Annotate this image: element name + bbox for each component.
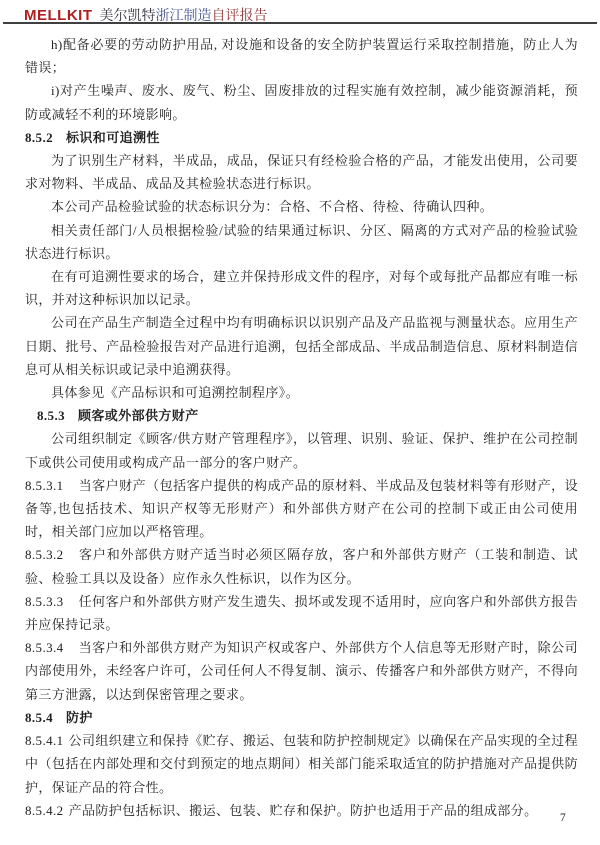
clause-text: 产品防护包括标识、搬运、包装、贮存和保护。防护也适用于产品的组成部分。: [69, 803, 538, 818]
section-title: 顾客或外部供方财产: [78, 408, 199, 423]
numbered-paragraph: 8.5.3.2客户和外部供方财产适当时必须区隔存放，客户和外部供方财产（工装和制…: [25, 543, 578, 589]
clause-number: 8.5.3.4: [25, 640, 64, 655]
section-heading: 8.5.2标识和可追溯性: [25, 126, 578, 149]
clause-number: 8.5.3.1: [25, 478, 64, 493]
clause-number: 8.5.4.2: [25, 803, 64, 818]
paragraph: 具体参见《产品标识和可追溯控制程序》。: [25, 381, 578, 404]
clause-text: 公司组织建立和保持《贮存、搬运、包装和防护控制规定》以确保在产品实现的全过程中（…: [25, 733, 578, 794]
paragraph: 本公司产品检验试验的状态标识分为：合格、不合格、待检、待确认四种。: [25, 195, 578, 218]
paragraph: i)对产生噪声、废水、废气、粉尘、固废排放的过程实施有效控制，减少能资源消耗，预…: [25, 79, 578, 125]
page-number: 7: [560, 812, 566, 824]
clause-number: 8.5.3.2: [25, 547, 64, 562]
section-title: 标识和可追溯性: [66, 130, 160, 145]
section-heading: 8.5.4防护: [25, 706, 578, 729]
clause-text: 当客户和外部供方财产为知识产权或客户、外部供方个人信息等无形财产时，除公司内部使…: [25, 640, 578, 701]
paragraph: 公司组织制定《顾客/供方财产管理程序》，以管理、识别、验证、保护、维护在公司控制…: [25, 427, 578, 473]
paragraph: h)配备必要的劳动防护用品, 对设施和设备的安全防护装置运行采取控制措施，防止人…: [25, 33, 578, 79]
document-body: h)配备必要的劳动防护用品, 对设施和设备的安全防护装置运行采取控制措施，防止人…: [25, 33, 578, 822]
paragraph: 公司在产品生产制造全过程中均有明确标识以识别产品及产品监视与测量状态。应用生产日…: [25, 311, 578, 381]
paragraph: 在有可追溯性要求的场合，建立并保持形成文件的程序，对每个或每批产品都应有唯一标识…: [25, 265, 578, 311]
numbered-paragraph: 8.5.4.1公司组织建立和保持《贮存、搬运、包装和防护控制规定》以确保在产品实…: [25, 729, 578, 799]
clause-text: 当客户财产（包括客户提供的构成产品的原材料、半成品及包装材料等有形财产，设备等,…: [25, 478, 578, 539]
section-heading: 8.5.3顾客或外部供方财产: [25, 404, 578, 427]
section-number: 8.5.4: [25, 710, 53, 725]
section-number: 8.5.2: [25, 130, 53, 145]
clause-number: 8.5.4.1: [25, 733, 64, 748]
numbered-paragraph: 8.5.3.1当客户财产（包括客户提供的构成产品的原材料、半成品及包装材料等有形…: [25, 474, 578, 544]
numbered-paragraph: 8.5.4.2产品防护包括标识、搬运、包装、贮存和保护。防护也适用于产品的组成部…: [25, 799, 578, 822]
section-title: 防护: [66, 710, 93, 725]
clause-number: 8.5.3.3: [25, 594, 64, 609]
section-number: 8.5.3: [37, 408, 65, 423]
paragraph: 相关责任部门/人员根据检验/试验的结果通过标识、分区、隔离的方式对产品的检验试验…: [25, 219, 578, 265]
header-divider: [3, 22, 597, 24]
clause-text: 客户和外部供方财产适当时必须区隔存放，客户和外部供方财产（工装和制造、试验、检验…: [25, 547, 578, 585]
numbered-paragraph: 8.5.3.3任何客户和外部供方财产发生遗失、损坏或发现不适用时，应向客户和外部…: [25, 590, 578, 636]
clause-text: 任何客户和外部供方财产发生遗失、损坏或发现不适用时，应向客户和外部供方报告并应保…: [25, 594, 578, 632]
document-page: { "colors": { "brand": "#b01f1f", "title…: [0, 0, 600, 845]
paragraph: 为了识别生产材料，半成品，成品，保证只有经检验合格的产品，才能发出使用，公司要求…: [25, 149, 578, 195]
numbered-paragraph: 8.5.3.4当客户和外部供方财产为知识产权或客户、外部供方个人信息等无形财产时…: [25, 636, 578, 706]
